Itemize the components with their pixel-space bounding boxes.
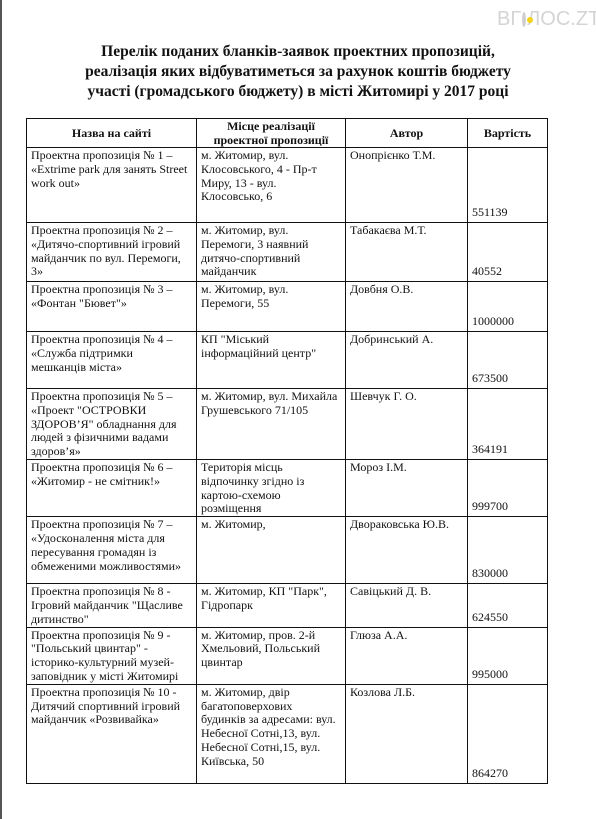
- header-name: Назва на сайті: [27, 119, 197, 148]
- cell-place-line: м. Житомир,: [201, 518, 341, 532]
- cell-place-line: Хмельовий, Польський: [201, 642, 341, 656]
- cell-author: Табакаєва М.Т.: [346, 223, 468, 282]
- cell-name-line: Ігровий майданчик "Щасливе: [31, 599, 192, 613]
- cell-name: Проектна пропозиція № 3 –«Фонтан "Бювет"…: [27, 282, 197, 332]
- header-place: Місце реалізації проектної пропозиції: [197, 119, 346, 148]
- logo-text-right: ЛОС.ZT: [527, 8, 596, 31]
- table-row: Проектна пропозиція № 5 – «Проект "ОСТРО…: [27, 389, 548, 460]
- cell-place-line: інформаційний центр": [201, 347, 341, 361]
- cell-author-text: Добринський А.: [350, 332, 433, 346]
- cell-place-line: КП "Міський: [201, 333, 341, 347]
- cell-place-line: Територія місць: [201, 461, 341, 475]
- cell-name-line: людей з фізичними вадами: [31, 431, 192, 445]
- cell-cost-text: 551139: [472, 205, 508, 219]
- cell-place-line: майданчик: [201, 265, 341, 279]
- cell-name-line: Проектна пропозиція № 9 -: [31, 629, 192, 643]
- cell-place: м. Житомир, вул.Перемоги, 3 наявнийдитяч…: [197, 223, 346, 282]
- cell-name-line: Проектна пропозиція № 10 -: [31, 686, 192, 700]
- cell-name: Проектна пропозиція № 8 - Ігровий майдан…: [27, 584, 197, 627]
- table-row: Проектна пропозиція № 2 –«Дитячо-спортив…: [27, 223, 548, 282]
- cell-cost-text: 999700: [472, 499, 508, 513]
- cell-author: Довбня О.В.: [346, 282, 468, 332]
- cell-cost-text: 995000: [472, 667, 508, 681]
- cell-place: Територія місцьвідпочинку згідно ізкарто…: [197, 459, 346, 516]
- cell-place-line: Клосовсько, 6: [201, 190, 341, 204]
- cell-name: Проектна пропозиція № 7 – «Удосконалення…: [27, 517, 197, 584]
- cell-cost: 830000: [468, 517, 548, 584]
- cell-name-line: «Фонтан "Бювет"»: [31, 297, 192, 311]
- cell-cost-text: 830000: [472, 566, 508, 580]
- cell-place: м. Житомир, вул.Клосовського, 4 - Пр-тМи…: [197, 148, 346, 223]
- cell-name-line: ЗДОРОВ’Я" обладнання для: [31, 418, 192, 432]
- cell-author-text: Шевчук Г. О.: [350, 389, 417, 403]
- cell-name-line: дитинство": [31, 613, 192, 627]
- cell-cost: 673500: [468, 332, 548, 389]
- header-cost: Вартість: [468, 119, 548, 148]
- cell-name-line: work out»: [31, 177, 192, 191]
- cell-place-line: цвинтар: [201, 656, 341, 670]
- cell-place-line: м. Житомир, вул.: [201, 224, 341, 238]
- watermark-logo: ВГ ЛОС.ZT: [497, 8, 589, 30]
- cell-author: Савіцький Д. В.: [346, 584, 468, 627]
- title-line: реалізація яких відбуватиметься за рахун…: [60, 62, 536, 82]
- cell-cost-text: 40552: [472, 264, 502, 278]
- cell-name-line: «Житомир - не смітник!»: [31, 475, 192, 489]
- header-text: Вартість: [472, 127, 543, 141]
- cell-place-line: багатоповерхових: [201, 700, 341, 714]
- cell-cost: 551139: [468, 148, 548, 223]
- cell-name-line: майданчик «Розвивайка»: [31, 713, 192, 727]
- cell-place-line: дитячо-спортивний: [201, 252, 341, 266]
- cell-name-line: «Удосконалення міста для: [31, 532, 192, 546]
- cell-name-line: історико-культурний музей-: [31, 656, 192, 670]
- cell-name-line: Проектна пропозиція № 6 –: [31, 461, 192, 475]
- cell-place-line: м. Житомир, вул.: [201, 149, 341, 163]
- cell-cost: 1000000: [468, 282, 548, 332]
- table-header-row: Назва на сайті Місце реалізації проектно…: [27, 119, 548, 148]
- cell-name-line: «Extrime park для занять Street: [31, 163, 192, 177]
- cell-name-line: Проектна пропозиція № 8 -: [31, 585, 192, 599]
- cell-cost-text: 673500: [472, 371, 508, 385]
- cell-name: Проектна пропозиція № 9 -"Польський цвин…: [27, 627, 197, 684]
- cell-place-line: Гідропарк: [201, 599, 341, 613]
- cell-place-line: Київська, 50: [201, 755, 341, 769]
- cell-place-line: Небесної Сотні,13, вул.: [201, 727, 341, 741]
- table-row: Проектна пропозиція № 3 –«Фонтан "Бювет"…: [27, 282, 548, 332]
- header-text: Місце реалізації: [201, 120, 341, 134]
- cell-place-line: м. Житомир, вул.: [201, 283, 341, 297]
- cell-cost: 40552: [468, 223, 548, 282]
- cell-cost-text: 864270: [472, 766, 508, 780]
- proposals-table: Назва на сайті Місце реалізації проектно…: [26, 118, 548, 784]
- cell-cost-text: 364191: [472, 442, 508, 456]
- page-edge: [0, 0, 2, 819]
- cell-name: Проектна пропозиція № 10 -Дитячий спорти…: [27, 684, 197, 783]
- cell-place: м. Житомир, вул. МихайлаГрушевського 71/…: [197, 389, 346, 460]
- table-row: Проектна пропозиція № 10 -Дитячий спорти…: [27, 684, 548, 783]
- cell-author-text: Табакаєва М.Т.: [350, 223, 427, 237]
- cell-place: м. Житомир,: [197, 517, 346, 584]
- cell-name-line: «Проект "ОСТРОВКИ: [31, 404, 192, 418]
- cell-cost-text: 624550: [472, 610, 508, 624]
- cell-name-line: 3»: [31, 265, 192, 279]
- cell-name: Проектна пропозиція № 1 –«Extrime park д…: [27, 148, 197, 223]
- cell-author-text: Двораковська Ю.В.: [350, 517, 449, 531]
- cell-place-line: відпочинку згідно із: [201, 475, 341, 489]
- cell-cost: 999700: [468, 459, 548, 516]
- cell-name-line: "Польський цвинтар" -: [31, 642, 192, 656]
- cell-place-line: Миру, 13 - вул.: [201, 177, 341, 191]
- cell-name: Проектна пропозиція № 2 –«Дитячо-спортив…: [27, 223, 197, 282]
- cell-place-line: картою-схемою: [201, 489, 341, 503]
- title-line: участі (громадського бюджету) в місті Жи…: [60, 82, 536, 102]
- cell-name-line: Проектна пропозиція № 4 –: [31, 333, 192, 347]
- cell-author: Козлова Л.Б.: [346, 684, 468, 783]
- cell-author: Добринський А.: [346, 332, 468, 389]
- cell-name-line: пересування громадян із: [31, 546, 192, 560]
- title-line: Перелік поданих бланків-заявок проектних…: [60, 42, 536, 62]
- cell-author: Двораковська Ю.В.: [346, 517, 468, 584]
- cell-place-line: м. Житомир, двір: [201, 686, 341, 700]
- cell-place-line: розміщення: [201, 502, 341, 516]
- cell-name-line: Проектна пропозиція № 1 –: [31, 149, 192, 163]
- cell-name-line: обмеженими можливостями»: [31, 560, 192, 574]
- cell-place: КП "Міськийінформаційний центр": [197, 332, 346, 389]
- cell-name: Проектна пропозиція № 4 –«Служба підтрим…: [27, 332, 197, 389]
- table-row: Проектна пропозиція № 6 – «Житомир - не …: [27, 459, 548, 516]
- cell-author-text: Козлова Л.Б.: [350, 685, 415, 699]
- header-text: Автор: [350, 127, 463, 141]
- cell-author: Мороз І.М.: [346, 459, 468, 516]
- table-row: Проектна пропозиція № 1 –«Extrime park д…: [27, 148, 548, 223]
- cell-author-text: Довбня О.В.: [350, 282, 413, 296]
- cell-author: Онопрієнко Т.М.: [346, 148, 468, 223]
- cell-author-text: Мороз І.М.: [350, 460, 407, 474]
- cell-cost-text: 1000000: [472, 314, 514, 328]
- cell-cost: 364191: [468, 389, 548, 460]
- cell-place-line: Небесної Сотні,15, вул.: [201, 741, 341, 755]
- cell-name-line: майданчик по вул. Перемоги,: [31, 252, 192, 266]
- logo-text-left: ВГ: [497, 8, 521, 31]
- document-title: Перелік поданих бланків-заявок проектних…: [60, 42, 536, 102]
- cell-place: м. Житомир, вул.Перемоги, 55: [197, 282, 346, 332]
- cell-place: м. Житомир, пров. 2-йХмельовий, Польськи…: [197, 627, 346, 684]
- cell-name-line: заповідник у місті Житомирі: [31, 670, 192, 684]
- cell-place-line: м. Житомир, КП "Парк",: [201, 585, 341, 599]
- cell-author: Глюза А.А.: [346, 627, 468, 684]
- cell-name-line: «Дитячо-спортивний ігровий: [31, 238, 192, 252]
- cell-name-line: здоров’я»: [31, 445, 192, 459]
- table-row: Проектна пропозиція № 8 - Ігровий майдан…: [27, 584, 548, 627]
- header-author: Автор: [346, 119, 468, 148]
- table-row: Проектна пропозиція № 4 –«Служба підтрим…: [27, 332, 548, 389]
- cell-place-line: Перемоги, 3 наявний: [201, 238, 341, 252]
- cell-cost: 864270: [468, 684, 548, 783]
- table-row: Проектна пропозиція № 7 – «Удосконалення…: [27, 517, 548, 584]
- cell-name-line: Проектна пропозиція № 3 –: [31, 283, 192, 297]
- cell-cost: 624550: [468, 584, 548, 627]
- cell-place-line: м. Житомир, вул. Михайла: [201, 390, 341, 404]
- table-row: Проектна пропозиція № 9 -"Польський цвин…: [27, 627, 548, 684]
- cell-name-line: Проектна пропозиція № 7 –: [31, 518, 192, 532]
- cell-name-line: Проектна пропозиція № 2 –: [31, 224, 192, 238]
- cell-author-text: Глюза А.А.: [350, 628, 407, 642]
- cell-place-line: будинків за адресами: вул.: [201, 713, 341, 727]
- cell-place: м. Житомир, КП "Парк",Гідропарк: [197, 584, 346, 627]
- cell-cost: 995000: [468, 627, 548, 684]
- cell-place-line: м. Житомир, пров. 2-й: [201, 629, 341, 643]
- cell-place: м. Житомир, двірбагатоповерховихбудинків…: [197, 684, 346, 783]
- cell-author: Шевчук Г. О.: [346, 389, 468, 460]
- cell-name-line: «Служба підтримки: [31, 347, 192, 361]
- cell-place-line: Клосовського, 4 - Пр-т: [201, 163, 341, 177]
- header-text: Назва на сайті: [31, 127, 192, 141]
- cell-name: Проектна пропозиція № 5 – «Проект "ОСТРО…: [27, 389, 197, 460]
- cell-name-line: мешканців міста»: [31, 361, 192, 375]
- cell-name: Проектна пропозиція № 6 – «Житомир - не …: [27, 459, 197, 516]
- cell-name-line: Дитячий спортивний ігровий: [31, 700, 192, 714]
- cell-name-line: Проектна пропозиція № 5 –: [31, 390, 192, 404]
- cell-author-text: Онопрієнко Т.М.: [350, 148, 435, 162]
- cell-place-line: Перемоги, 55: [201, 297, 341, 311]
- sound-wave-icon: [522, 12, 526, 27]
- header-text: проектної пропозиції: [201, 134, 341, 148]
- table-body: Проектна пропозиція № 1 –«Extrime park д…: [27, 148, 548, 784]
- cell-place-line: Грушевського 71/105: [201, 404, 341, 418]
- cell-author-text: Савіцький Д. В.: [350, 584, 431, 598]
